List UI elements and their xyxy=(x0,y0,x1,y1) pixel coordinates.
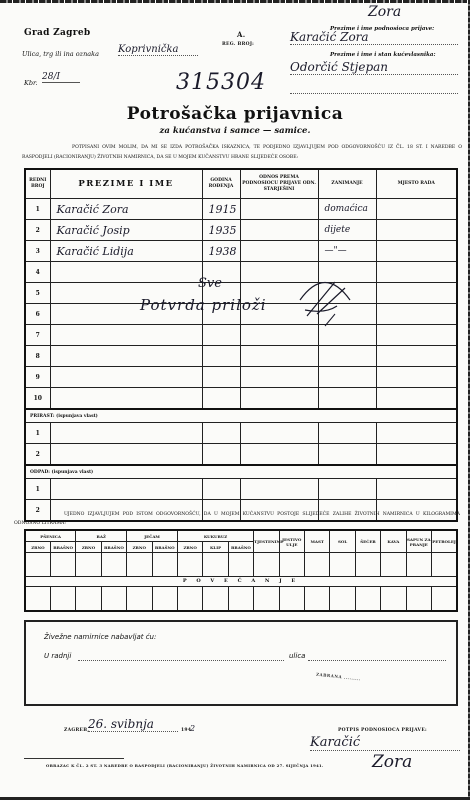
annotation-line2: Potvrda priloži xyxy=(140,296,267,314)
prirast-section-header: PRIRAST: (ispunjava vlast) xyxy=(25,409,457,423)
row-number: 9 xyxy=(25,367,50,388)
sub-header: ZRNO xyxy=(177,542,202,553)
persons-table: REDNI BROJ PREZIME I IME GODINA ROĐENJA … xyxy=(24,168,458,522)
stock-declaration: UJEDNO IZJAVLJUJEM POD ISTOM ODGOVORNOŠĆ… xyxy=(14,510,460,528)
stock-cell[interactable] xyxy=(432,553,458,577)
intro-declaration: POTPISANI OVIM MOLIM, DA MI SE IZDA POTR… xyxy=(22,143,462,163)
table-row: 1 Karačić Zora 1915 domaćica xyxy=(25,199,457,220)
row-number: 1 xyxy=(25,199,50,220)
applicant-firstname-overwrite: Zora xyxy=(368,4,401,20)
person-name-cell[interactable] xyxy=(50,479,202,500)
occupation-cell[interactable]: dijete xyxy=(318,220,376,241)
birth-year-cell[interactable]: 1915 xyxy=(202,199,240,220)
relation-cell[interactable] xyxy=(240,444,318,466)
occupation-cell[interactable] xyxy=(318,367,376,388)
odpad-row: 1 xyxy=(25,479,457,500)
prirast-row: 2 xyxy=(25,444,457,466)
workplace-cell[interactable] xyxy=(376,325,457,346)
relation-cell[interactable] xyxy=(240,199,318,220)
row-number: 2 xyxy=(25,444,50,466)
person-name-cell[interactable]: Karačić Lidija xyxy=(50,241,202,262)
person-name-cell[interactable] xyxy=(50,346,202,367)
workplace-cell[interactable] xyxy=(376,444,457,466)
group-header-psenica: PŠENICA xyxy=(25,530,76,542)
row-number: 1 xyxy=(25,423,50,444)
table-row: 4 xyxy=(25,262,457,283)
col-header-kava: KAVA xyxy=(381,530,406,553)
increase-cell[interactable] xyxy=(432,587,458,611)
sub-header: BRAŠNO xyxy=(152,542,177,553)
supply-label: Živežne namirnice nabavljat ću: xyxy=(44,633,156,641)
stock-cell[interactable] xyxy=(381,553,406,577)
sub-header: BRAŠNO xyxy=(50,542,75,553)
workplace-cell[interactable] xyxy=(376,241,457,262)
owner-address-line[interactable] xyxy=(290,92,458,94)
increase-cell[interactable] xyxy=(381,587,406,611)
stock-cell[interactable] xyxy=(304,553,329,577)
date-field[interactable]: 26. svibnja xyxy=(88,717,178,732)
table-row: 2 Karačić Josip 1935 dijete xyxy=(25,220,457,241)
stock-cell[interactable] xyxy=(50,553,75,577)
owner-label: Prezime i ime i stan kućevlasnika: xyxy=(330,52,436,58)
person-name-cell[interactable] xyxy=(50,444,202,466)
occupation-cell[interactable] xyxy=(318,346,376,367)
shop-street-field[interactable] xyxy=(308,659,446,661)
person-name-cell[interactable] xyxy=(50,388,202,410)
stock-cell[interactable] xyxy=(254,553,279,577)
row-number: 6 xyxy=(25,304,50,325)
increase-cell[interactable] xyxy=(101,587,126,611)
street-label: Ulica, trg ili ina oznaka xyxy=(22,50,99,58)
col-header-year: GODINA ROĐENJA xyxy=(202,169,240,199)
col-header-name: PREZIME I IME xyxy=(50,169,202,199)
birth-year-cell[interactable] xyxy=(202,423,240,444)
person-name-cell[interactable] xyxy=(50,367,202,388)
prirast-label: PRIRAST: (ispunjava vlast) xyxy=(25,409,457,423)
sub-header: KLIP xyxy=(203,542,228,553)
signature-label: POTPIS PODNOSIOCA PRIJAVE: xyxy=(338,728,427,733)
odpad-section-header: ODPAD: (ispunjava vlast) xyxy=(25,465,457,479)
increase-cell[interactable] xyxy=(355,587,380,611)
workplace-cell[interactable] xyxy=(376,304,457,325)
col-header-petrolej: PETROLEJ xyxy=(432,530,458,553)
col-header-tjestenine: TJESTENINE xyxy=(254,530,279,553)
workplace-cell[interactable] xyxy=(376,220,457,241)
person-name-cell[interactable]: Karačić Josip xyxy=(50,220,202,241)
stock-cell[interactable] xyxy=(406,553,431,577)
birth-year-cell[interactable] xyxy=(202,346,240,367)
odpad-label: ODPAD: (ispunjava vlast) xyxy=(25,465,457,479)
owner-field[interactable]: Odorčić Stjepan xyxy=(290,60,458,75)
row-number: 4 xyxy=(25,262,50,283)
sub-header: BRAŠNO xyxy=(101,542,126,553)
increase-cell[interactable] xyxy=(279,587,304,611)
workplace-cell[interactable] xyxy=(376,262,457,283)
legal-note: OBRAZAC K ČL. 2 ST. 3 NAREDBE O RASPODJE… xyxy=(46,763,324,768)
house-number-field[interactable]: 28/I xyxy=(42,72,80,83)
signature-firstname: Zora xyxy=(372,752,412,772)
footer-divider xyxy=(24,758,124,759)
table-row: 3 Karačić Lidija 1938 —"— xyxy=(25,241,457,262)
increase-cell[interactable] xyxy=(152,587,177,611)
table-row: 10 xyxy=(25,388,457,410)
col-header-sapun: SAPUN ZA PRANJE xyxy=(406,530,431,553)
city-heading: Grad Zagreb xyxy=(24,28,90,38)
birth-year-cell[interactable] xyxy=(202,325,240,346)
increase-header-row: P O V E Ć A N J E xyxy=(25,577,457,587)
prirast-row: 1 xyxy=(25,423,457,444)
relation-cell[interactable] xyxy=(240,346,318,367)
workplace-cell[interactable] xyxy=(376,367,457,388)
year-field[interactable]: 2 xyxy=(190,724,195,733)
series-letter: A. xyxy=(237,30,245,39)
birth-year-cell[interactable] xyxy=(202,367,240,388)
increase-cell[interactable] xyxy=(203,587,228,611)
stock-cell[interactable] xyxy=(127,553,152,577)
persons-header-row: REDNI BROJ PREZIME I IME GODINA ROĐENJA … xyxy=(25,169,457,199)
birth-year-cell[interactable] xyxy=(202,388,240,410)
col-header-no: REDNI BROJ xyxy=(25,169,50,199)
col-header-sol: SOL xyxy=(330,530,355,553)
increase-cell[interactable] xyxy=(177,587,202,611)
increase-cell[interactable] xyxy=(76,587,101,611)
occupation-cell[interactable] xyxy=(318,444,376,466)
workplace-cell[interactable] xyxy=(376,388,457,410)
house-number-label: Kbr. xyxy=(24,79,37,87)
birth-year-cell[interactable]: 1935 xyxy=(202,220,240,241)
signature-field[interactable]: Karačić xyxy=(310,735,460,751)
increase-cell[interactable] xyxy=(25,587,50,611)
row-number: 2 xyxy=(25,220,50,241)
stock-cell[interactable] xyxy=(101,553,126,577)
reg-number-label: REG. BROJ: xyxy=(222,42,254,47)
relation-cell[interactable] xyxy=(240,367,318,388)
stock-cell[interactable] xyxy=(279,553,304,577)
signature-surname: Karačić xyxy=(310,735,360,750)
increase-label: P O V E Ć A N J E xyxy=(25,577,457,587)
annotation-initials-mark xyxy=(295,270,355,330)
row-number: 10 xyxy=(25,388,50,410)
table-row: 8 xyxy=(25,346,457,367)
stock-cell[interactable] xyxy=(76,553,101,577)
stock-cell[interactable] xyxy=(177,553,202,577)
workplace-cell[interactable] xyxy=(376,199,457,220)
relation-cell[interactable] xyxy=(240,241,318,262)
annotation-line1: Sve xyxy=(198,276,222,291)
reg-number-field[interactable]: 315304 xyxy=(176,70,266,95)
workplace-cell[interactable] xyxy=(376,283,457,304)
sub-header: ZRNO xyxy=(25,542,50,553)
birth-year-cell[interactable] xyxy=(202,479,240,500)
relation-cell[interactable] xyxy=(240,479,318,500)
increase-cell[interactable] xyxy=(228,587,253,611)
scan-border-top xyxy=(0,0,470,3)
workplace-cell[interactable] xyxy=(376,423,457,444)
increase-cell[interactable] xyxy=(406,587,431,611)
occupation-cell[interactable]: —"— xyxy=(318,241,376,262)
table-row: 7 xyxy=(25,325,457,346)
stock-cell[interactable] xyxy=(152,553,177,577)
street-field[interactable]: Koprivnička xyxy=(118,44,198,56)
col-header-workplace: MJESTO RADA xyxy=(376,169,457,199)
increase-cell[interactable] xyxy=(127,587,152,611)
person-name-cell[interactable] xyxy=(50,423,202,444)
relation-cell[interactable] xyxy=(240,423,318,444)
shop-label: U radnji xyxy=(44,652,71,660)
row-number: 3 xyxy=(25,241,50,262)
stock-cell[interactable] xyxy=(330,553,355,577)
row-number: 1 xyxy=(25,479,50,500)
applicant-field[interactable]: Karačić Zora xyxy=(290,30,458,45)
col-header-relation: ODNOS PREMA PODNOSIOCU PRIJAVE ODN. STAR… xyxy=(240,169,318,199)
shop-field[interactable] xyxy=(78,659,284,661)
col-header-occupation: ZANIMANJE xyxy=(318,169,376,199)
stock-values-row xyxy=(25,553,457,577)
increase-cell[interactable] xyxy=(50,587,75,611)
occupation-cell[interactable] xyxy=(318,388,376,410)
group-header-jecam: JEČAM xyxy=(127,530,178,542)
stock-cell[interactable] xyxy=(25,553,50,577)
occupation-cell[interactable] xyxy=(318,423,376,444)
occupation-cell[interactable]: domaćica xyxy=(318,199,376,220)
row-number: 8 xyxy=(25,346,50,367)
increase-cell[interactable] xyxy=(304,587,329,611)
relation-cell[interactable] xyxy=(240,388,318,410)
form-subtitle: za kućanstva i samce — samice. xyxy=(0,126,470,136)
form-title: Potrošačka prijavnica xyxy=(0,104,470,124)
row-number: 5 xyxy=(25,283,50,304)
sub-header: ZRNO xyxy=(127,542,152,553)
stock-cell[interactable] xyxy=(203,553,228,577)
increase-cell[interactable] xyxy=(254,587,279,611)
increase-cell[interactable] xyxy=(330,587,355,611)
group-header-raz: RAŽ xyxy=(76,530,127,542)
workplace-cell[interactable] xyxy=(376,479,457,500)
sub-header: ZRNO xyxy=(76,542,101,553)
person-name-cell[interactable]: Karačić Zora xyxy=(50,199,202,220)
sub-header: BRAŠNO xyxy=(228,542,253,553)
stock-group-header-row: PŠENICA RAŽ JEČAM KUKURUZ TJESTENINE JES… xyxy=(25,530,457,542)
place-label: ZAGREB, xyxy=(64,728,89,733)
table-row: 9 xyxy=(25,367,457,388)
stock-table: PŠENICA RAŽ JEČAM KUKURUZ TJESTENINE JES… xyxy=(24,529,458,612)
occupation-cell[interactable] xyxy=(318,479,376,500)
applicant-name: Karačić Zora xyxy=(290,30,369,44)
person-name-cell[interactable] xyxy=(50,325,202,346)
birth-year-cell[interactable]: 1938 xyxy=(202,241,240,262)
group-header-kukuruz: KUKURUZ xyxy=(177,530,253,542)
shop-street-label: ulica xyxy=(289,652,305,660)
stock-cell[interactable] xyxy=(228,553,253,577)
col-header-ulje: JESTIVO ULJE xyxy=(279,530,304,553)
col-header-secer: ŠEĆER xyxy=(355,530,380,553)
increase-values-row xyxy=(25,587,457,611)
col-header-mast: MAST xyxy=(304,530,329,553)
stock-cell[interactable] xyxy=(355,553,380,577)
relation-cell[interactable] xyxy=(240,220,318,241)
birth-year-cell[interactable] xyxy=(202,444,240,466)
row-number: 7 xyxy=(25,325,50,346)
workplace-cell[interactable] xyxy=(376,346,457,367)
person-name-cell[interactable] xyxy=(50,262,202,283)
